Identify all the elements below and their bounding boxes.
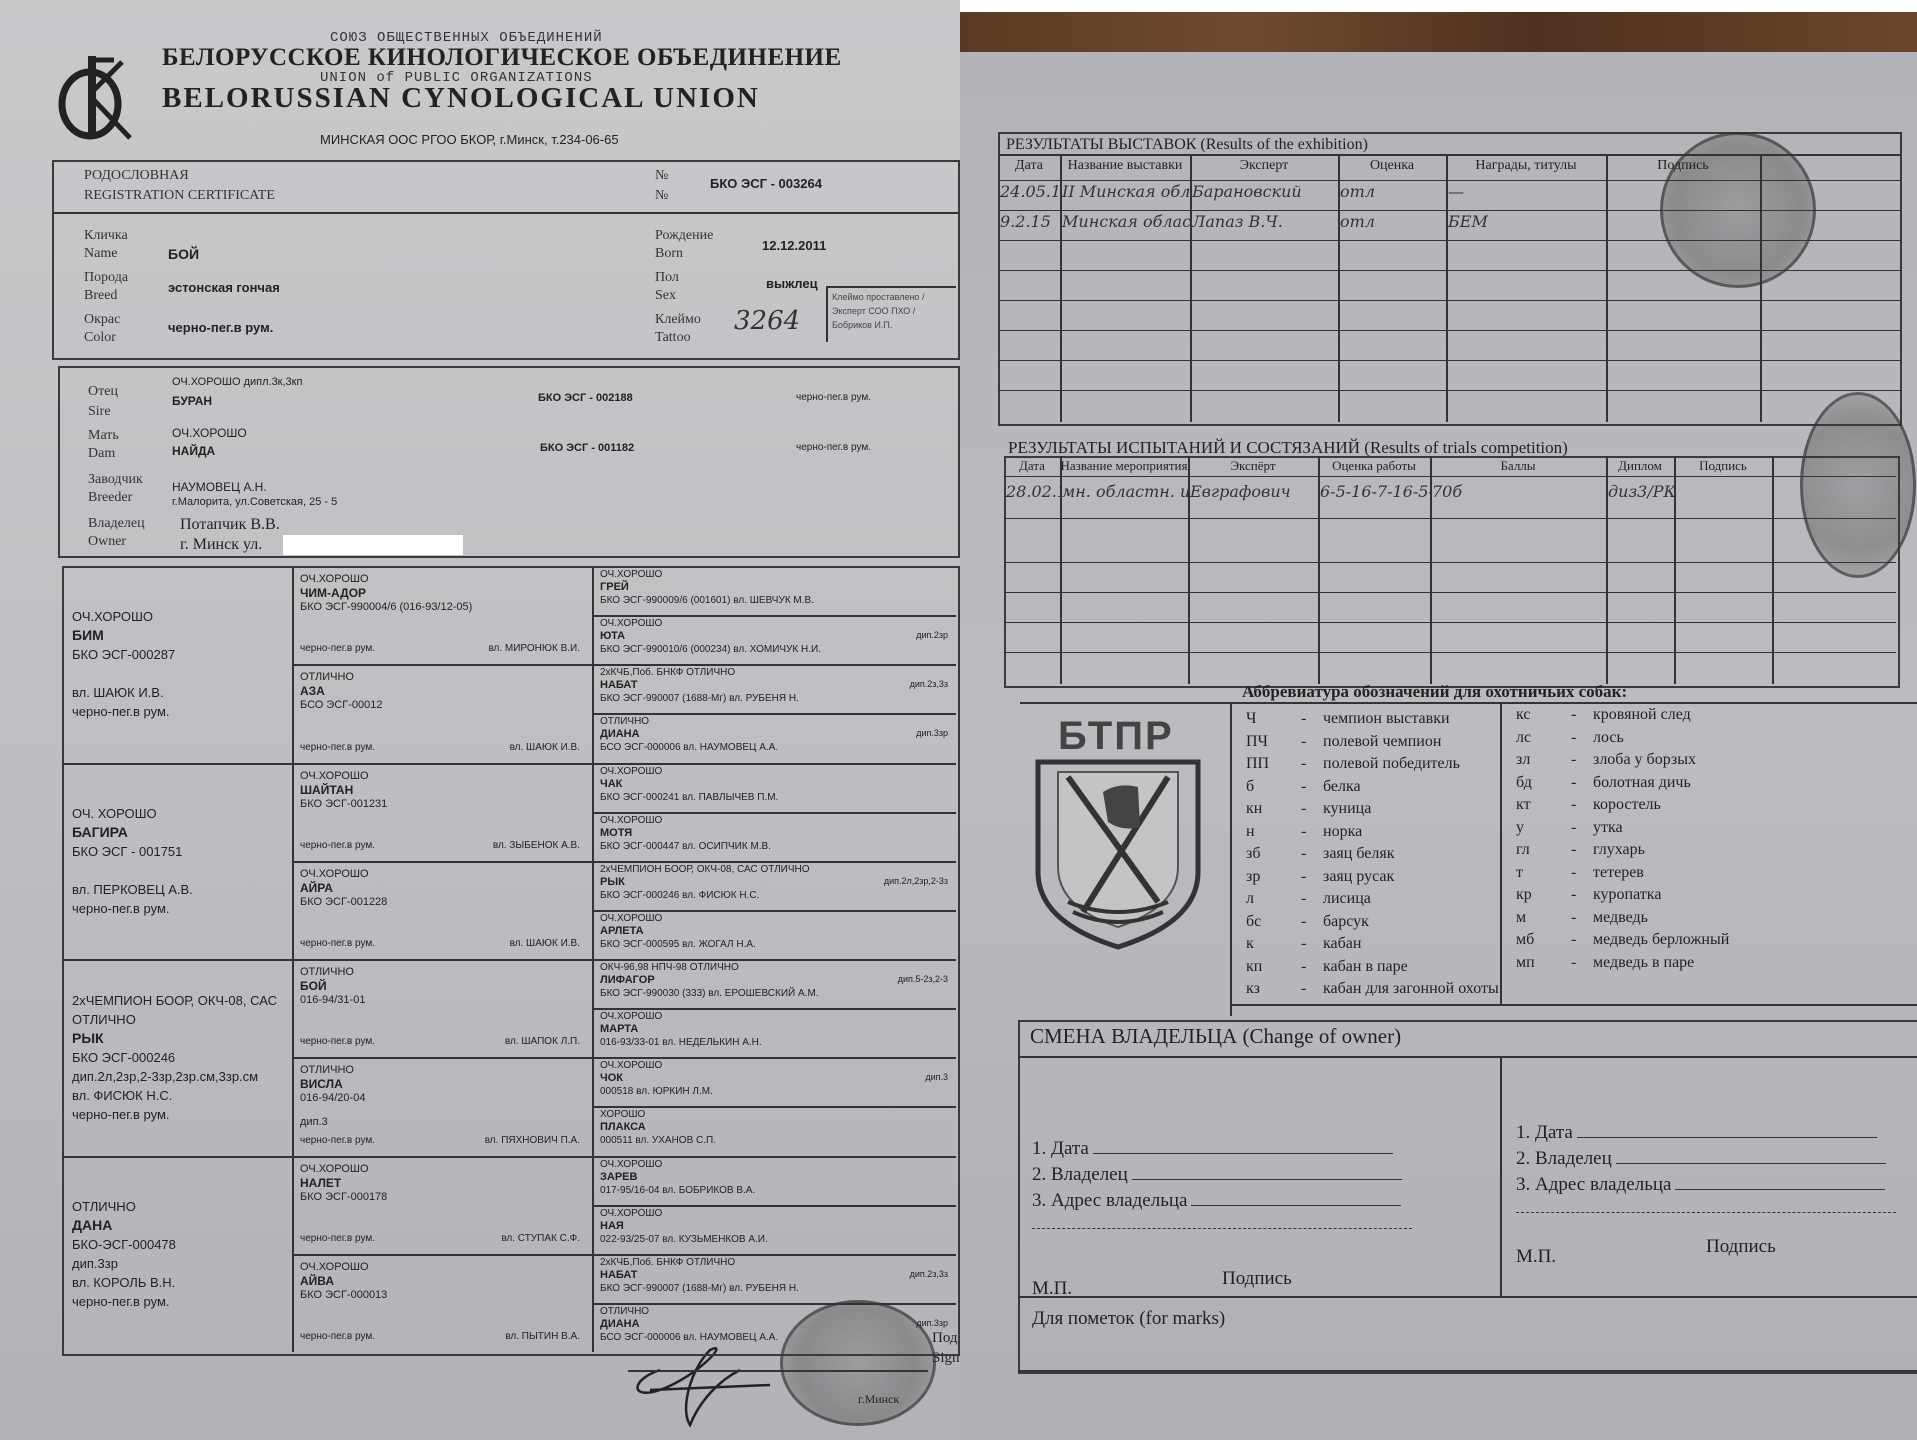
abbreviation-item: кз-кабан для загонной охоты [1246,980,1499,998]
table-row-line [1004,562,1896,563]
abbreviation-item: н-норка [1246,823,1362,841]
ancestor-diploma: дип.5-2з,2-3 [898,973,948,986]
ancestor-reg-owner: БКО ЭСГ-000447 вл. ОСИПЧИК М.В. [600,840,952,853]
pedigree-line: БКО-ЭСГ-000478 [72,1235,288,1254]
cert-number-label-en: № [655,188,668,204]
ancestor-grade: ОЧ.ХОРОШО [600,1207,952,1220]
blank-line[interactable] [1675,1189,1885,1190]
abbreviation-item: кр-куропатка [1516,886,1661,904]
dash: - [1301,958,1323,976]
dam-name: НАЙДА [172,444,215,458]
ancestor-reg-owner: БКО ЭСГ-990010/6 (000234) вл. ХОМИЧУК Н.… [600,643,952,656]
blank-line[interactable] [1191,1205,1401,1206]
blank-line[interactable] [1093,1153,1393,1154]
cert-number: БКО ЭСГ - 003264 [710,176,822,191]
abbreviation-meaning: кабан [1323,935,1361,952]
ancestor-color: черно-пег.в рум. [300,839,375,853]
ancestor-grade: 2хКЧБ,Поб. БНКФ ОТЛИЧНО [600,666,952,679]
table-row-line [1004,518,1896,519]
sire-name: БУРАН [172,394,212,408]
ancestor-name: ГРЕЙ [600,581,952,594]
blank-line [1032,1228,1412,1229]
abbreviation-item: т-тетерев [1516,864,1644,882]
abbreviation-key: к [1246,935,1301,953]
pedigree-gen3-cell: ОЧ.ХОРОШОМОТЯБКО ЭСГ-000447 вл. ОСИПЧИК … [600,814,952,859]
abbreviation-meaning: тетерев [1593,864,1644,881]
pedigree-gen3-cell: 2хКЧБ,Поб. БНКФ ОТЛИЧНОНАБАТБКО ЭСГ-9900… [600,1256,952,1301]
ancestor-reg-owner: БКО ЭСГ-990030 (333) вл. ЕРОШЕВСКИЙ А.М. [600,987,952,1000]
ancestor-color: черно-пег.в рум. [300,1330,375,1344]
abbreviation-meaning: лось [1593,729,1624,746]
ancestor-diploma: дип.2зр [916,629,948,642]
white-strip [960,0,1917,12]
pedigree-line: БКО ЭСГ-000287 [72,645,288,664]
table-header-cell: Баллы [1430,458,1606,474]
dash: - [1301,913,1323,931]
dash: - [1301,890,1323,908]
dam-label-ru: Мать [88,428,119,444]
abbreviation-meaning: кровяной след [1593,706,1691,723]
pedigree-gen2-cell: ОТЛИЧНОВИСЛА016-94/20-04дип.3черно-пег.в… [300,1063,586,1151]
pedigree-line: вл. ПЕРКОВЕЦ А.В. [72,880,288,899]
table-row-line [1004,652,1896,653]
dash: - [1571,729,1593,747]
ancestor-color: черно-пег.в рум. [300,1035,375,1049]
trials-title: РЕЗУЛЬТАТЫ ИСПЫТАНИЙ И СОСТЯЗАНИЙ (Resul… [1008,438,1568,458]
breed-label-ru: Порода [84,270,128,286]
change-owner-date-field: 1. Дата [1032,1138,1393,1160]
dash: - [1571,819,1593,837]
ancestor-reg-owner: 017-95/16-04 вл. БОБРИКОВ В.А. [600,1184,952,1197]
table-header-line [998,154,1900,156]
abbreviation-meaning: кабан в паре [1323,958,1408,975]
pedigree-line: ОТЛИЧНО [72,1010,288,1029]
ancestor-name: ЧОК [600,1072,952,1085]
abbreviation-item: гл-глухарь [1516,841,1645,859]
pedigree-certificate-back: РЕЗУЛЬТАТЫ ВЫСТАВОК (Results of the exhi… [960,52,1917,1440]
abbreviation-item: кт-коростель [1516,796,1661,814]
ancestor-reg: БКО ЭСГ-001228 [300,895,586,909]
ancestor-name: ВИСЛА [300,1077,586,1091]
dash: - [1301,778,1323,796]
abbreviation-item: бд-болотная дичь [1516,774,1691,792]
ancestor-reg-owner: БКО ЭСГ-990007 (1688-Мг) вл. РУБЕНЯ Н. [600,692,952,705]
stamp-text: г.Минск [858,1392,899,1407]
field-label: 2. Владелец [1516,1148,1612,1169]
abbreviation-meaning: заяц беляк [1323,845,1395,862]
ancestor-reg: БКО ЭСГ-000178 [300,1190,586,1204]
ancestor-name: НАЯ [600,1220,952,1233]
name-label-ru: Кличка [84,228,128,244]
table-col-divider [1760,154,1762,422]
dam-grade: ОЧ.ХОРОШО [172,426,247,440]
pedigree-gen1-cell: 2хЧЕМПИОН БООР, ОКЧ-08, САСОТЛИЧНОРЫКБКО… [72,991,288,1124]
pedigree-line: ОТЛИЧНО [72,1197,288,1216]
pedigree-line: 2хЧЕМПИОН БООР, ОКЧ-08, САС [72,991,288,1010]
pedigree-line [72,861,288,880]
pedigree-line: черно-пег.в рум. [72,1105,288,1124]
ancestor-reg: БКО ЭСГ-000013 [300,1288,586,1302]
handwritten-entry: мн. областн. испытания [1062,482,1190,501]
abbreviation-key: кз [1246,980,1301,998]
tattoo-label-ru: Клеймо [655,312,701,328]
dash: - [1571,886,1593,904]
ancestor-grade: ОЧ.ХОРОШО [600,814,952,827]
owner-label-ru: Владелец [88,516,145,532]
abbreviation-item: зб-заяц беляк [1246,845,1395,863]
abbreviation-key: кп [1246,958,1301,976]
handwritten-entry: 70б [1432,482,1608,501]
pedigree-certificate-front: СОЮЗ ОБЩЕСТВЕННЫХ ОБЪЕДИНЕНИЙ БЕЛОРУССКО… [0,0,960,1440]
sire-label-ru: Отец [88,384,118,400]
ancestor-reg-owner: БКО ЭСГ-000595 вл. ЖОГАЛ Н.А. [600,938,952,951]
breeder-address: г.Малорита, ул.Советская, 25 - 5 [172,496,337,508]
ancestor-owner: вл. ШАЮК И.В. [510,741,580,755]
pedigree-line: РЫК [72,1029,288,1048]
breed-label-en: Breed [84,288,117,304]
abbreviation-item: л-лисица [1246,890,1371,908]
abbreviation-key: бд [1516,774,1571,792]
ancestor-grade: ОТЛИЧНО [600,715,952,728]
pedigree-gen3-cell: ОЧ.ХОРОШОНАЯ022-93/25-07 вл. КУЗЬМЕНКОВ … [600,1207,952,1252]
dash: - [1571,751,1593,769]
dog-born: 12.12.2011 [762,238,826,253]
pedigree-gen3-cell: ОЧ.ХОРОШОЮТАБКО ЭСГ-990010/6 (000234) вл… [600,617,952,662]
sex-label-en: Sex [655,288,676,304]
ancestor-diploma: дип.3зр [916,1317,948,1330]
handwritten-entry: отл [1340,182,1448,201]
abbreviation-meaning: коростель [1593,796,1661,813]
pedigree-gen2-cell: ОЧ.ХОРОШОНАЛЕТБКО ЭСГ-000178черно-пег.в … [300,1162,586,1250]
sire-label-en: Sire [88,404,111,420]
ancestor-diploma: дип.3 [925,1071,948,1084]
ancestor-reg: 016-94/20-04 [300,1091,586,1105]
table-header-cell: Награды, титулы [1446,158,1606,174]
pedigree-line: вл. ФИСЮК Н.С. [72,1086,288,1105]
blank-line[interactable] [1577,1137,1877,1138]
seal-label: М.П. [1032,1278,1072,1300]
table-header-cell: Подпись [1606,158,1760,174]
tattoo-number: 3264 [734,306,800,336]
ancestor-name: ЧИМ-АДОР [300,586,586,600]
exhibitions-title: РЕЗУЛЬТАТЫ ВЫСТАВОК (Results of the exhi… [1006,136,1368,154]
dash: - [1301,845,1323,863]
pedigree-line: БИМ [72,626,288,645]
pedigree-gen2-cell: ОЧ.ХОРОШОШАЙТАНБКО ЭСГ-001231черно-пег.в… [300,769,586,857]
pedigree-gen3-cell: ОТЛИЧНОДИАНАБСО ЭСГ-000006 вл. НАУМОВЕЦ … [600,1305,952,1350]
abbreviation-item: ПП-полевой победитель [1246,755,1460,773]
abbreviation-meaning: глухарь [1593,841,1645,858]
table-header-cell: Название выставки [1060,158,1190,174]
abbreviation-key: кр [1516,886,1571,904]
change-owner-owner-field: 2. Владелец [1516,1148,1886,1170]
ancestor-reg: БКО ЭСГ-990004/6 (016-93/12-05) [300,600,586,614]
ancestor-name: АЙВА [300,1274,586,1288]
ancestor-name: БОЙ [300,979,586,993]
sire-reg: БКО ЭСГ - 002188 [538,392,633,404]
ancestor-diploma: дип.2з,3з [910,1268,948,1281]
table-row-line [998,330,1900,331]
ancestor-name: ПЛАКСА [600,1121,952,1134]
owner-name: Потапчик В.В. [180,516,280,534]
pedigree-line: дип.3зр [72,1254,288,1273]
abbreviation-key: зр [1246,868,1301,886]
table-col-divider [1772,456,1774,684]
table-header-line [1004,476,1896,477]
ancestor-color: черно-пег.в рум. [300,937,375,951]
abbreviation-item: кс-кровяной след [1516,706,1691,724]
abbreviation-meaning: кабан для загонной охоты [1323,980,1499,997]
table-header-cell: Диплом [1606,458,1674,474]
abbreviation-item: м-медведь [1516,909,1648,927]
abbreviation-meaning: медведь берложный [1593,931,1729,948]
handwritten-entry: Евграфович [1190,482,1320,501]
redacted-address [283,535,463,555]
pedigree-line: черно-пег.в рум. [72,702,288,721]
table-row-line [1004,592,1896,593]
ancestor-name: НАЛЕТ [300,1176,586,1190]
sex-label-ru: Пол [655,270,679,286]
blank-line[interactable] [1132,1179,1402,1180]
field-label: 2. Владелец [1032,1164,1128,1185]
handwritten-entry: диз3/РК [1608,482,1676,501]
dog-color: черно-пег.в рум. [168,320,273,335]
ancestor-name: ЧАК [600,778,952,791]
abbreviation-item: кн-куница [1246,800,1371,818]
ancestor-name: МАРТА [600,1023,952,1036]
table-header-cell: Эксперт [1190,158,1338,174]
pedigree-line: ДАНА [72,1216,288,1235]
table-header-cell: Название мероприятия [1060,458,1188,474]
pedigree-gen2-cell: ОТЛИЧНОБОЙ016-94/31-01черно-пег.в рум.вл… [300,965,586,1053]
abbreviation-item: ПЧ-полевой чемпион [1246,733,1441,751]
sire-color: черно-пег.в рум. [796,392,871,403]
abbreviation-item: к-кабан [1246,935,1361,953]
pedigree-gen3-cell: ОЧ.ХОРОШОЧАКБКО ЭСГ-000241 вл. ПАВЛЫЧЕВ … [600,765,952,810]
ancestor-owner: вл. ШАЮК И.В. [510,937,580,951]
signature-label: Подпись [1222,1268,1292,1290]
handwritten-entry: Лапаз В.Ч. [1192,212,1340,231]
ancestor-reg: БКО ЭСГ-001231 [300,797,586,811]
ancestor-reg-owner: 022-93/25-07 вл. КУЗЬМЕНКОВ А.И. [600,1233,952,1246]
abbreviation-key: т [1516,864,1571,882]
pedigree-gen3-cell: ХОРОШОПЛАКСА000511 вл. УХАНОВ С.П. [600,1108,952,1153]
ancestor-grade: ОЧ.ХОРОШО [600,617,952,630]
ancestor-grade: ОТЛИЧНО [300,1063,586,1077]
dog-sex: выжлец [766,276,818,291]
dash: - [1571,864,1593,882]
pedigree-gen1-cell: ОТЛИЧНОДАНАБКО-ЭСГ-000478дип.3зрвл. КОРО… [72,1197,288,1311]
ancestor-name: ШАЙТАН [300,783,586,797]
dash: - [1301,800,1323,818]
table-row-line [998,390,1900,391]
abbreviation-meaning: белка [1323,778,1361,795]
abbreviation-key: л [1246,890,1301,908]
ancestor-owner: вл. СТУПАК С.Ф. [501,1232,580,1246]
pedigree-line: БКО ЭСГ-000246 [72,1048,288,1067]
pedigree-line: дип.2л,2зр,2-3зр,2зр.см,3зр.см [72,1067,288,1086]
ancestor-name: ЗАРЕВ [600,1171,952,1184]
ancestor-reg-owner: БКО ЭСГ-990009/6 (001601) вл. ШЕВЧУК М.В… [600,594,952,607]
name-label-en: Name [84,246,117,262]
abbreviation-key: б [1246,778,1301,796]
abbreviation-key: гл [1516,841,1571,859]
abbreviation-key: мб [1516,931,1571,949]
abbreviation-key: кт [1516,796,1571,814]
field-label: 3. Адрес владельца [1032,1190,1187,1211]
dash: - [1301,868,1323,886]
pedigree-gen3-cell: ОЧ.ХОРОШОАРЛЕТАБКО ЭСГ-000595 вл. ЖОГАЛ … [600,912,952,957]
dash: - [1571,841,1593,859]
field-label: 3. Адрес владельца [1516,1174,1671,1195]
table-row-line [998,270,1900,271]
hunting-emblem-shield-icon: БТПР [1010,712,1230,1012]
ancestor-grade: ОЧ.ХОРОШО [300,1162,586,1176]
table-row-line [998,180,1900,181]
sire-grade: ОЧ.ХОРОШО дипл.3к,3кп [172,376,302,388]
abbreviation-meaning: полевой победитель [1323,755,1460,772]
change-owner-address-field: 3. Адрес владельца [1032,1190,1401,1212]
abbreviation-item: мп-медведь в паре [1516,954,1694,972]
change-owner-address-field: 3. Адрес владельца [1516,1174,1885,1196]
ancestor-grade: ОЧ.ХОРОШО [600,1158,952,1171]
ancestor-reg-owner: БКО ЭСГ-000241 вл. ПАВЛЫЧЕВ П.М. [600,791,952,804]
ancestor-diploma: дип.2л,2зр,2-3з [884,875,948,888]
abbreviation-meaning: барсук [1323,913,1369,930]
breeder-name: НАУМОВЕЦ А.Н. [172,480,267,494]
blank-line[interactable] [1616,1163,1886,1164]
ancestor-grade: ХОРОШО [600,1108,952,1121]
handwritten-entry: 6-5-16-7-16-5-24--6-4 [1320,482,1432,501]
abbreviation-meaning: утка [1593,819,1623,836]
abbreviation-key: лс [1516,729,1571,747]
handwritten-entry: 9.2.15 [1000,212,1062,231]
ancestor-name: ЮТА [600,630,952,643]
marks-title: Для пометок (for marks) [1032,1308,1225,1330]
dash: - [1301,710,1323,728]
ancestor-reg-owner: 000518 вл. ЮРКИН Л.М. [600,1085,952,1098]
change-owner-owner-field: 2. Владелец [1032,1164,1402,1186]
ancestor-reg-owner: 000511 вл. УХАНОВ С.П. [600,1134,952,1147]
ancestor-owner: вл. ЗЫБЕНОК А.В. [493,839,580,853]
pedigree-line: черно-пег.в рум. [72,899,288,918]
ancestor-grade: 2хКЧБ,Поб. БНКФ ОТЛИЧНО [600,1256,952,1269]
ancestor-grade: ОЧ.ХОРОШО [600,568,952,581]
ancestor-diploma: дип.3 [300,1115,586,1129]
pedigree-line [72,664,288,683]
ancestor-grade: ОЧ.ХОРОШО [300,572,586,586]
abbreviation-key: бс [1246,913,1301,931]
ancestor-name: АЙРА [300,881,586,895]
abbreviation-meaning: куница [1323,800,1371,817]
pedigree-line: БКО ЭСГ - 001751 [72,842,288,861]
abbreviation-key: кс [1516,706,1571,724]
born-label-en: Born [655,246,683,262]
table-header-cell: Дата [1004,458,1060,474]
dash: - [1301,755,1323,773]
ancestor-owner: вл. МИРОНЮК В.И. [488,642,580,656]
bko-monogram-logo-icon [52,52,142,142]
ancestor-name: ДИАНА [600,728,952,741]
ancestor-grade: ОТЛИЧНО [300,965,586,979]
ancestor-reg-owner: БСО ЭСГ-000006 вл. НАУМОВЕЦ А.А. [600,1331,952,1344]
dash: - [1301,823,1323,841]
abbreviation-item: лс-лось [1516,729,1624,747]
abbreviation-key: ПП [1246,755,1301,773]
handwritten-entry: Барановский [1192,182,1340,201]
table-row-line [998,240,1900,241]
pedigree-line: ОЧ.ХОРОШО [72,607,288,626]
table-header-cell: Оценка [1338,158,1446,174]
abbreviation-item: мб-медведь берложный [1516,931,1729,949]
dash: - [1571,774,1593,792]
change-owner-title: СМЕНА ВЛАДЕЛЬЦА (Change of owner) [1030,1024,1401,1049]
dash: - [1301,935,1323,953]
table-header-cell: Оценка работы [1318,458,1430,474]
table-header-cell: Подпись [1674,458,1772,474]
blank-line [1516,1212,1896,1213]
ancestor-name: МОТЯ [600,827,952,840]
abbreviation-meaning: лисица [1323,890,1371,907]
abbreviation-meaning: чемпион выставки [1323,710,1450,727]
handwritten-entry: 24.05.14 [1000,182,1062,201]
abbreviation-key: у [1516,819,1571,837]
cert-label-en: REGISTRATION CERTIFICATE [84,188,275,204]
ancestor-name: АРЛЕТА [600,925,952,938]
abbreviation-item: кп-кабан в паре [1246,958,1408,976]
handwritten-entry: 28.02.16 [1006,482,1062,501]
handwritten-entry: БЕМ [1448,212,1608,231]
pedigree-gen2-cell: ОЧ.ХОРОШОЧИМ-АДОРБКО ЭСГ-990004/6 (016-9… [300,572,586,660]
handwritten-entry: — [1448,182,1608,201]
pedigree-gen3-cell: ОЧ.ХОРОШОЗАРЕВ017-95/16-04 вл. БОБРИКОВ … [600,1158,952,1203]
pedigree-gen3-cell: 2хЧЕМПИОН БООР, ОКЧ-08, САС ОТЛИЧНОРЫКБК… [600,863,952,908]
change-owner-date-field: 1. Дата [1516,1122,1877,1144]
owner-address: г. Минск ул. [180,536,262,554]
ancestor-name: ДИАНА [600,1318,952,1331]
pedigree-gen3-cell: ОКЧ-96,98 НПЧ-98 ОТЛИЧНОЛИФАГОРБКО ЭСГ-9… [600,961,952,1006]
ancestor-reg-owner: 016-93/33-01 вл. НЕДЕЛЬКИН А.Н. [600,1036,952,1049]
ancestor-color: черно-пег.в рум. [300,741,375,755]
abbreviation-meaning: заяц русак [1323,868,1394,885]
ancestor-name: АЗА [300,684,586,698]
pedigree-gen2-cell: ОЧ.ХОРОШОАЙРАБКО ЭСГ-001228черно-пег.в р… [300,867,586,955]
breeder-label-en: Breeder [88,490,132,506]
abbreviation-key: зб [1246,845,1301,863]
abbreviation-item: у-утка [1516,819,1623,837]
pedigree-gen3-cell: ОЧ.ХОРОШОГРЕЙБКО ЭСГ-990009/6 (001601) в… [600,568,952,613]
pedigree-gen3-cell: ОЧ.ХОРОШОЧОК000518 вл. ЮРКИН Л.М.дип.3 [600,1059,952,1104]
ancestor-diploma: дип.2з,3з [910,678,948,691]
born-label-ru: Рождение [655,228,713,244]
ancestor-grade: ОЧ.ХОРОШО [300,867,586,881]
dam-color: черно-пег.в рум. [796,442,871,453]
ancestor-grade: ОЧ.ХОРОШО [600,912,952,925]
handwritten-entry: II Минская обл. [1062,182,1192,201]
pedigree-line: ОЧ. ХОРОШО [72,804,288,823]
abbreviation-key: ПЧ [1246,733,1301,751]
ancestor-reg: БСО ЭСГ-00012 [300,698,586,712]
signature-label: Подпись [1706,1236,1776,1258]
abbreviation-key: Ч [1246,710,1301,728]
abbreviation-meaning: медведь [1593,909,1648,926]
breeder-label-ru: Заводчик [88,472,143,488]
ancestor-color: черно-пег.в рум. [300,642,375,656]
ancestor-reg-owner: БСО ЭСГ-000006 вл. НАУМОВЕЦ А.А. [600,741,952,754]
dash: - [1301,733,1323,751]
table-row-line [998,210,1900,211]
abbreviation-meaning: куропатка [1593,886,1661,903]
